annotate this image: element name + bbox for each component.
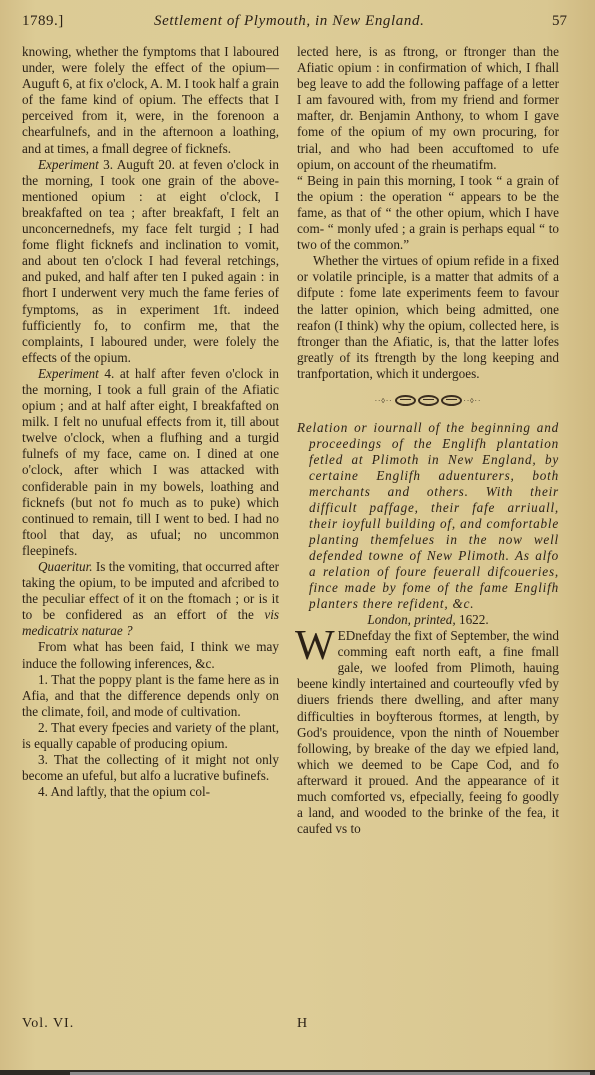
paragraph-opening: knowing, whether the fymptoms that I lab… bbox=[22, 44, 279, 157]
imprint-place: London, bbox=[367, 612, 411, 627]
paragraph-experiment-3: Experiment 3. Auguft 20. at feven o'cloc… bbox=[22, 157, 279, 366]
imprint-printed: printed, bbox=[414, 612, 455, 627]
inference-1: 1. That the poppy plant is the fame here… bbox=[22, 672, 279, 720]
signature-mark: H bbox=[297, 1016, 308, 1032]
section-ornament-icon: ··◊·· ··◊·· bbox=[297, 391, 559, 411]
volume-catchword: Vol. VI. bbox=[22, 1016, 74, 1032]
inference-2: 2. That every fpecies and variety of the… bbox=[22, 720, 279, 752]
header-year: 1789.] bbox=[22, 13, 64, 30]
inference-4: 4. And laftly, that the opium col- bbox=[22, 784, 279, 800]
relation-title: Relation or iournall of the beginning an… bbox=[297, 420, 559, 612]
experiment-4-label: Experiment bbox=[38, 366, 99, 381]
left-column: knowing, whether the fymptoms that I lab… bbox=[22, 44, 279, 800]
experiment-3-text: 3. Auguft 20. at feven o'clock in the mo… bbox=[22, 157, 279, 365]
narrative-text: EDnefday the fixt of September, the wind… bbox=[297, 628, 559, 836]
letter-quote: “ Being in pain this morning, I took “ a… bbox=[297, 173, 559, 253]
experiment-3-label: Experiment bbox=[38, 157, 99, 172]
scanned-page: 1789.] Settlement of Plymouth, in New En… bbox=[0, 0, 595, 1070]
paragraph-continuation: lected here, is as ftrong, or ftronger t… bbox=[297, 44, 559, 173]
inference-3: 3. That the collecting of it might not o… bbox=[22, 752, 279, 784]
imprint-line: London, printed, 1622. bbox=[297, 612, 559, 628]
imprint-year: 1622. bbox=[459, 612, 489, 627]
running-header: 1789.] Settlement of Plymouth, in New En… bbox=[22, 13, 567, 35]
paragraph-narrative: WEDnefday the fixt of September, the win… bbox=[297, 628, 559, 837]
paragraph-quaeritur: Quaeritur. Is the vomiting, that occurre… bbox=[22, 559, 279, 639]
paragraph-experiment-4: Experiment 4. at half after feven o'cloc… bbox=[22, 366, 279, 559]
page-number: 57 bbox=[552, 13, 567, 30]
paragraph-whether: Whether the virtues of opium refide in a… bbox=[297, 253, 559, 382]
paragraph-inferences-intro: From what has been faid, I think we may … bbox=[22, 639, 279, 671]
drop-cap: W bbox=[295, 630, 335, 662]
right-column: lected here, is as ftrong, or ftronger t… bbox=[297, 44, 559, 837]
viewer-bottom-bar bbox=[0, 1070, 595, 1075]
running-title: Settlement of Plymouth, in New England. bbox=[154, 13, 424, 30]
quaeritur-label: Quaeritur. bbox=[38, 559, 93, 574]
experiment-4-text: 4. at half after feven o'clock in the mo… bbox=[22, 366, 279, 558]
